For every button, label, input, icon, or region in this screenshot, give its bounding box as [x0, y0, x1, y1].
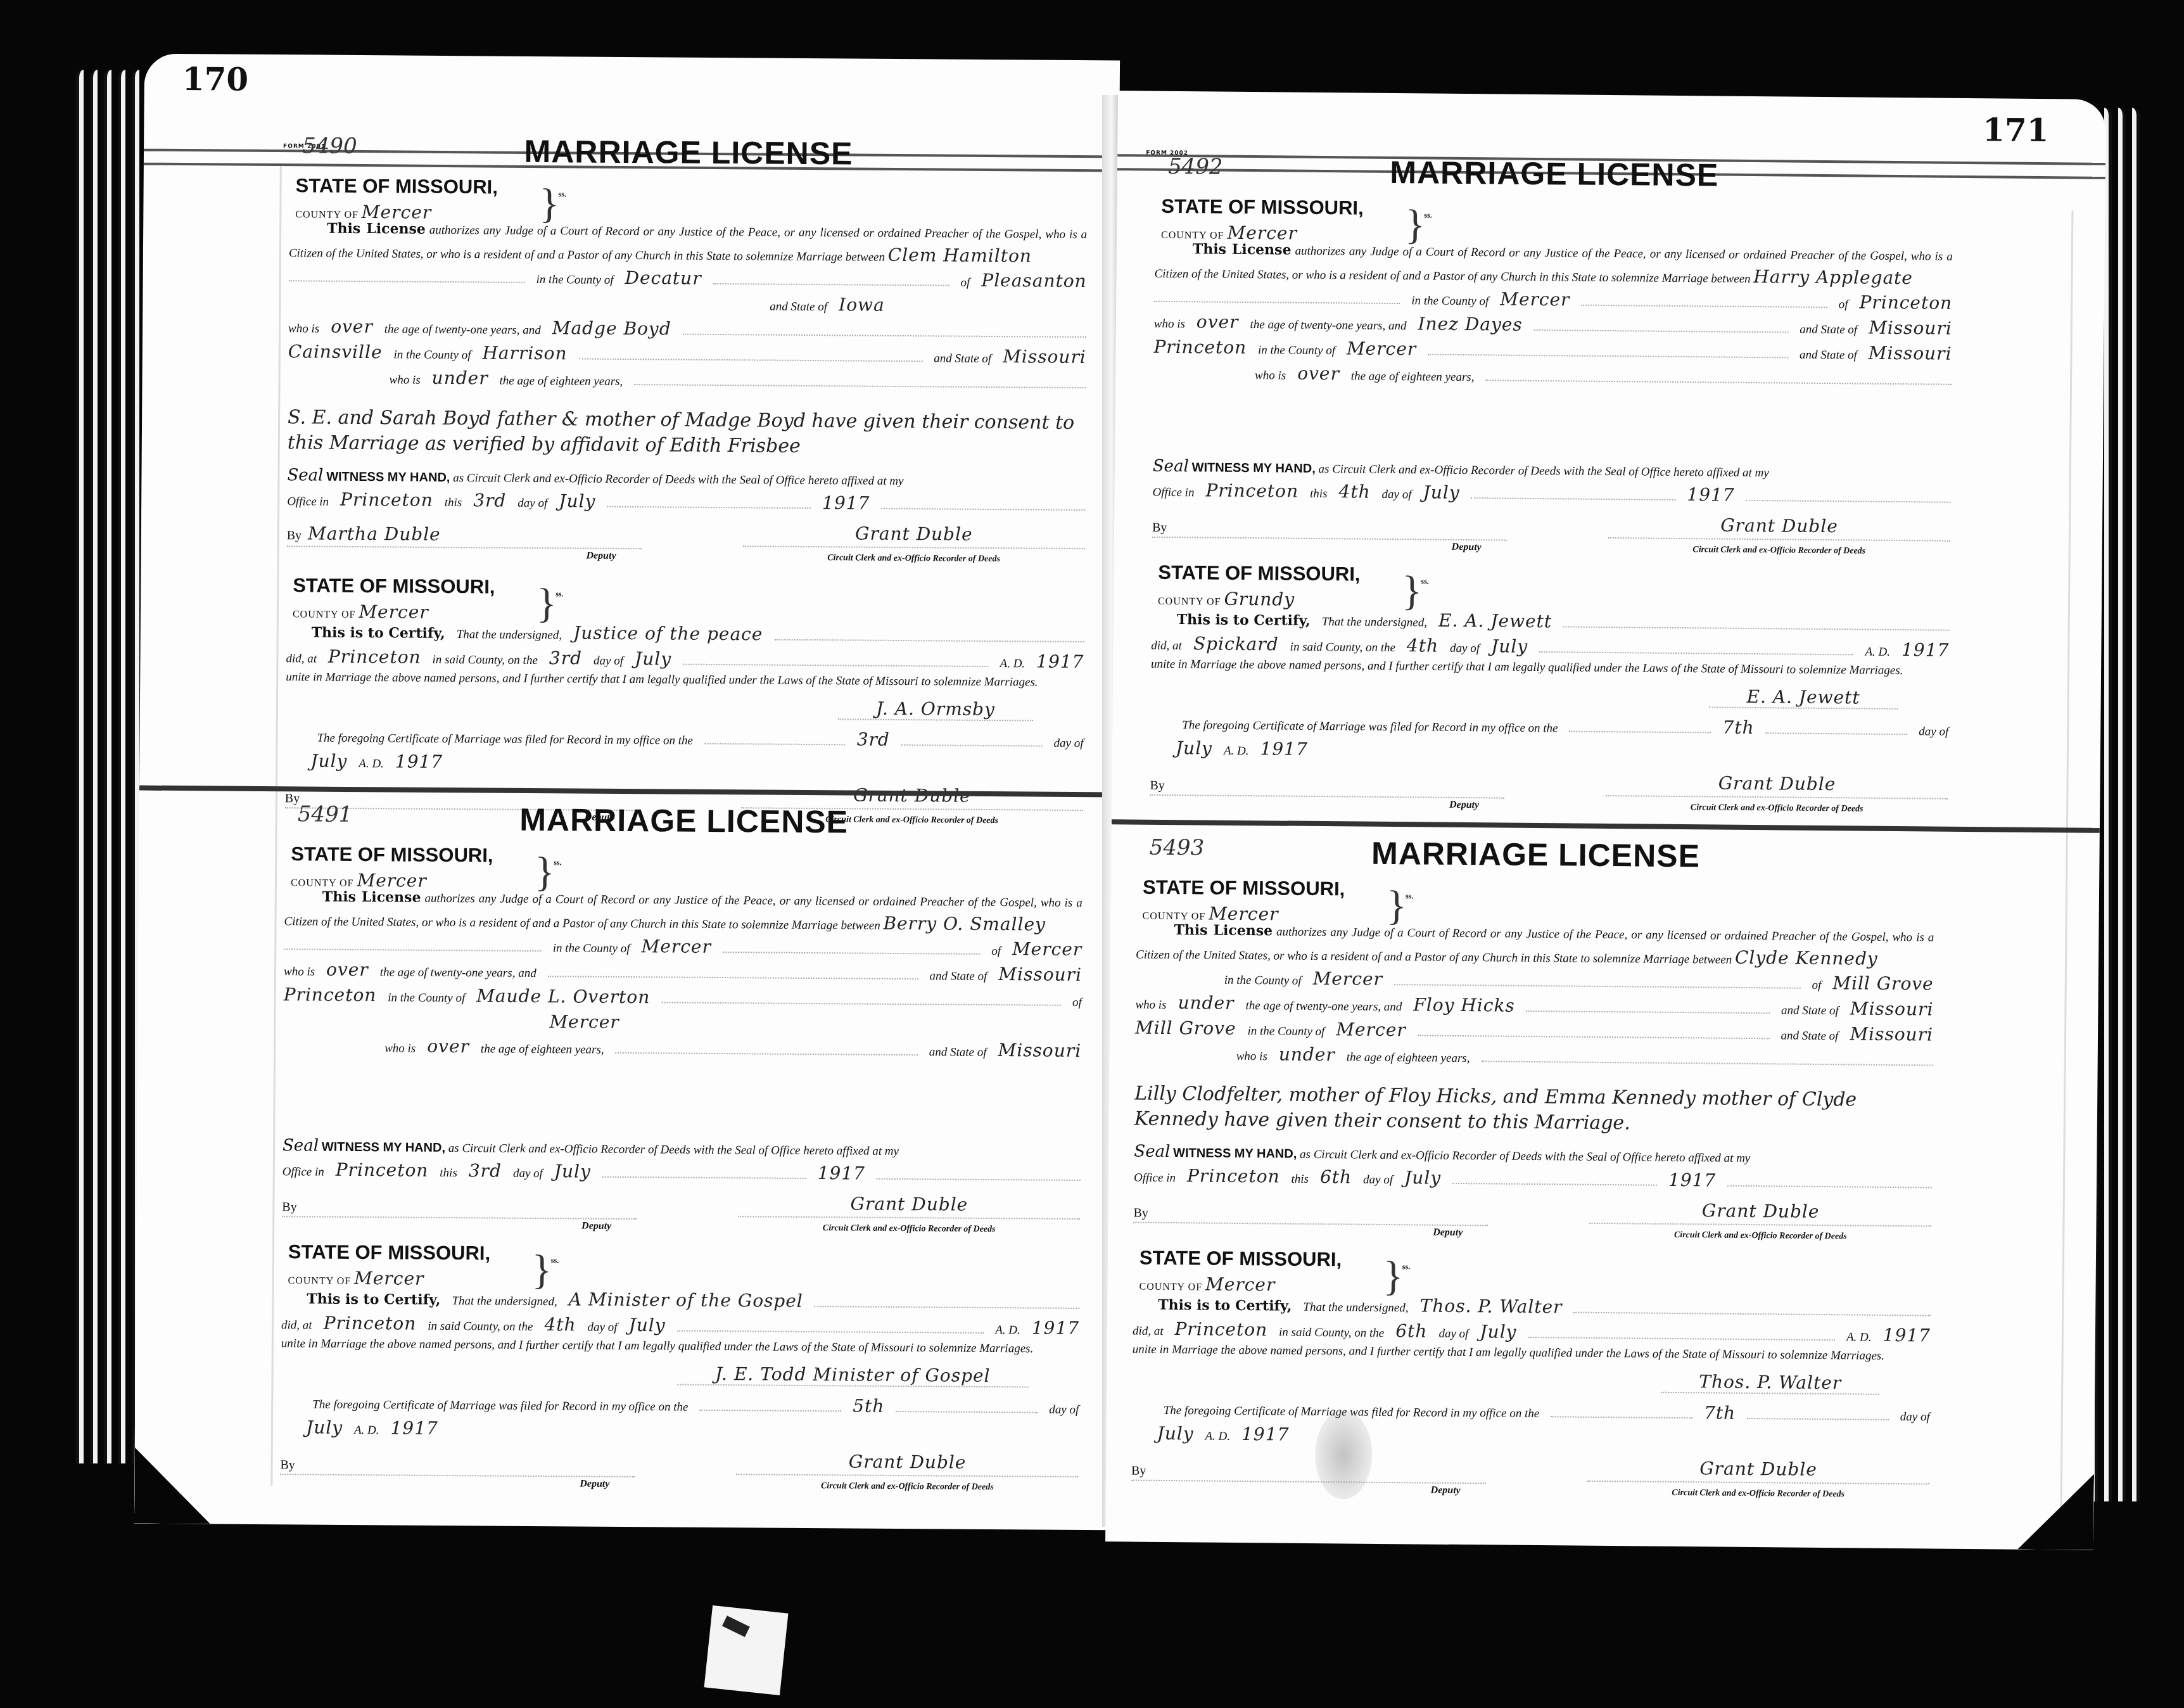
bride-town: Princeton	[1153, 335, 1247, 360]
filed-day: 3rd	[857, 727, 890, 753]
right-page: 171 FORM 2002 5492 MARRIAGE LICENSE STAT…	[1105, 91, 2106, 1550]
ceremony-place: Spickard	[1193, 631, 1279, 656]
groom-state: Missouri	[1869, 315, 1952, 341]
margin-rule	[270, 166, 282, 1486]
office-place: Princeton	[1205, 478, 1298, 504]
brace-icon: }	[531, 1241, 552, 1300]
filed-month: July	[1157, 1421, 1193, 1446]
ceremony-day: 6th	[1395, 1318, 1427, 1344]
bride-county: Harrison	[482, 340, 567, 366]
groom-age: under	[1178, 990, 1234, 1016]
seal-mark: Seal	[1153, 457, 1189, 476]
ceremony-month: July	[1491, 634, 1528, 659]
clerk-signature: Grant Duble	[1589, 1197, 1931, 1227]
bride-name: Inez Dayes	[1418, 311, 1523, 337]
margin-rule	[2060, 210, 2074, 1512]
left-page: 170 FORM 2001 5490 MARRIAGE LICENSE STAT…	[134, 54, 1120, 1531]
officiant-signature: J. A. Ormsby	[838, 698, 1033, 721]
bride-county: Mercer	[1336, 1017, 1406, 1042]
ceremony-day: 4th	[1407, 633, 1438, 658]
county-value: Mercer	[1209, 903, 1279, 925]
groom-age: over	[331, 314, 373, 340]
county-value: Mercer	[362, 201, 431, 223]
office-place: Princeton	[340, 487, 433, 513]
certificate-county: Grundy	[1224, 589, 1295, 610]
license-title: MARRIAGE LICENSE	[1136, 829, 1935, 881]
license-title: MARRIAGE LICENSE	[1155, 148, 1954, 200]
county-value: Mercer	[357, 870, 426, 891]
filed-day: 5th	[853, 1394, 884, 1419]
ceremony-place: Princeton	[1174, 1316, 1267, 1342]
filing-clerk-signature: Grant Duble	[736, 1449, 1078, 1477]
filed-month: July	[1176, 736, 1212, 761]
ceremony-month: July	[628, 1313, 665, 1338]
bride-name: Floy Hicks	[1413, 992, 1515, 1018]
groom-county: Mercer	[641, 934, 711, 959]
officiant-signature: J. E. Todd Minister of Gospel	[677, 1363, 1029, 1388]
officiant-signature: E. A. Jewett	[1708, 686, 1898, 710]
groom-state: Missouri	[1850, 996, 1934, 1021]
witness-month: July	[559, 489, 595, 514]
groom-age: over	[1197, 309, 1239, 335]
seal-mark: Seal	[1134, 1142, 1170, 1161]
bride-county: Mercer	[549, 1009, 619, 1035]
witness-day: 3rd	[469, 1159, 502, 1184]
page-tab-marker	[704, 1605, 789, 1695]
marriage-license-5491: 5491 MARRIAGE LICENSE STATE OF MISSOURI,…	[280, 796, 1083, 1494]
witness-day: 6th	[1320, 1164, 1352, 1190]
bride-age: over	[1297, 361, 1340, 386]
filed-month: July	[310, 749, 347, 774]
clerk-signature: Grant Duble	[1608, 512, 1950, 541]
witness-month: July	[1423, 480, 1459, 506]
marriage-license-5493: 5493 MARRIAGE LICENSE STATE OF MISSOURI,…	[1131, 829, 1935, 1502]
brace-icon: }	[1405, 196, 1425, 255]
bride-town: Cainsville	[288, 339, 383, 364]
office-place: Princeton	[1187, 1164, 1280, 1189]
parental-consent-note: Lilly Clodfelter, mother of Floy Hicks, …	[1134, 1081, 1933, 1140]
ceremony-day: 3rd	[549, 646, 582, 671]
bride-county: Mercer	[1347, 336, 1417, 361]
brace-icon: }	[536, 575, 557, 634]
brace-icon: }	[1383, 1247, 1403, 1306]
witness-year: 1917	[822, 491, 870, 516]
certificate-county: Mercer	[354, 1268, 424, 1289]
parental-consent-note: S. E. and Sarah Boyd father & mother of …	[288, 405, 1086, 462]
page-number: 170	[182, 60, 249, 98]
county-value: Mercer	[1227, 222, 1297, 244]
witness-month: July	[1404, 1166, 1441, 1191]
clerk-signature: Grant Duble	[743, 521, 1085, 549]
groom-name: Harry Applegate	[1753, 266, 1913, 288]
brace-icon: }	[535, 843, 555, 902]
officiant-signature: Thos. P. Walter	[1661, 1371, 1879, 1395]
deputy-signature: Martha Duble	[308, 521, 441, 547]
office-place: Princeton	[336, 1157, 429, 1183]
brace-icon: }	[1402, 562, 1422, 621]
state-label: STATE OF MISSOURI,	[296, 172, 1088, 205]
groom-town: Mill Grove	[1832, 971, 1934, 997]
brace-icon: }	[539, 175, 559, 234]
groom-town: Pleasanton	[981, 268, 1087, 293]
ceremony-day: 4th	[544, 1312, 576, 1337]
witness-day: 3rd	[473, 488, 506, 514]
groom-town: Princeton	[1859, 290, 1952, 315]
bride-name: Madge Boyd	[552, 315, 671, 341]
filing-clerk-signature: Grant Duble	[1606, 770, 1948, 799]
certificate-county: Mercer	[1205, 1273, 1276, 1295]
ss-label: ss.	[559, 189, 566, 200]
groom-county: Mercer	[1500, 286, 1570, 312]
marriage-license-5492: 5492 MARRIAGE LICENSE STATE OF MISSOURI,…	[1150, 148, 1953, 817]
groom-state: Missouri	[998, 962, 1082, 987]
filing-clerk-signature: Grant Duble	[1587, 1455, 1929, 1484]
brace-icon: }	[1386, 877, 1406, 936]
book-page-edges-left	[76, 70, 139, 1463]
bride-state: Missouri	[998, 1038, 1081, 1063]
ceremony-month: July	[1480, 1319, 1516, 1344]
bride-name: Maude L. Overton	[476, 983, 650, 1009]
county-label: COUNTY OF	[295, 210, 359, 221]
ceremony-place: Princeton	[328, 644, 421, 669]
license-title: MARRIAGE LICENSE	[284, 796, 1082, 846]
groom-county: Mercer	[1313, 966, 1383, 991]
groom-town: Mercer	[1012, 936, 1082, 962]
bride-age: over	[427, 1034, 469, 1059]
groom-age: over	[326, 957, 369, 983]
witness-day: 4th	[1338, 480, 1370, 505]
groom-county: Decatur	[625, 265, 701, 291]
groom-name: Berry O. Smalley	[883, 913, 1046, 935]
witness-month: July	[554, 1159, 591, 1185]
certificate-county: Mercer	[359, 601, 428, 623]
bride-age: under	[1279, 1042, 1335, 1067]
groom-state: Iowa	[839, 292, 885, 317]
page-number: 171	[1983, 111, 2049, 149]
license-title: MARRIAGE LICENSE	[289, 127, 1088, 177]
bride-town: Princeton	[284, 982, 377, 1007]
filed-day: 7th	[1722, 715, 1754, 741]
groom-name: Clyde Kennedy	[1735, 947, 1878, 969]
ceremony-month: July	[635, 646, 671, 672]
filed-month: July	[306, 1415, 343, 1441]
seal-mark: Seal	[287, 466, 323, 485]
ceremony-place: Princeton	[324, 1310, 417, 1335]
bride-age: under	[432, 366, 488, 391]
groom-name: Clem Hamilton	[888, 245, 1032, 267]
bride-state: Missouri	[1850, 1021, 1933, 1047]
clerk-signature: Grant Duble	[738, 1191, 1080, 1220]
bride-state: Missouri	[1869, 341, 1952, 366]
bride-state: Missouri	[1003, 344, 1086, 369]
filed-day: 7th	[1704, 1401, 1736, 1426]
marriage-license-5490: 5490 MARRIAGE LICENSE STATE OF MISSOURI,…	[285, 127, 1088, 828]
bride-town: Mill Grove	[1135, 1016, 1236, 1042]
seal-mark: Seal	[283, 1136, 319, 1155]
